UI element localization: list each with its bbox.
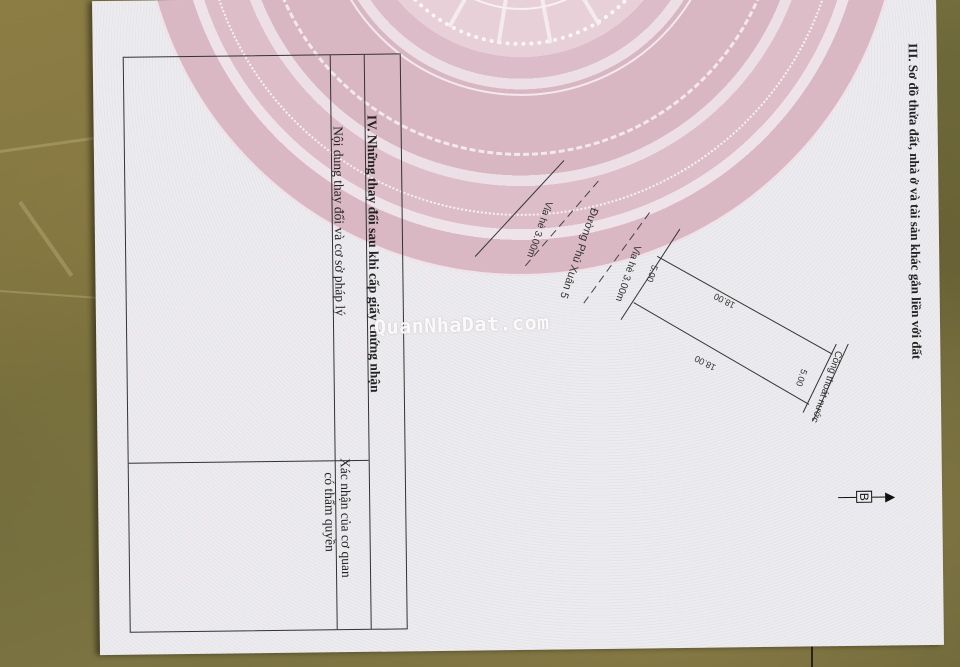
side-bottom-length-label: 18.00 — [693, 353, 718, 372]
sidewalk-label-inner: Vỉa hè 3.00m — [613, 244, 644, 304]
north-arrow: B — [838, 487, 898, 508]
drain-label: Cống thoát nước — [809, 349, 845, 424]
north-arrow-head-icon — [885, 492, 895, 502]
sidewalk-label-outer: Vỉa hè 3.00m — [524, 200, 555, 260]
north-arrow-label: B — [856, 491, 872, 503]
certificate-page: III. Sơ đồ thửa đất, nhà ở và tài sản kh… — [92, 0, 944, 655]
road-name-label: Đường Phú Xuân 5 — [557, 206, 600, 300]
front-width-label: 5.00 — [645, 264, 660, 284]
plot-side-top — [657, 254, 832, 356]
back-width-label: 5.00 — [794, 368, 809, 388]
plot-side-bottom — [634, 300, 809, 406]
